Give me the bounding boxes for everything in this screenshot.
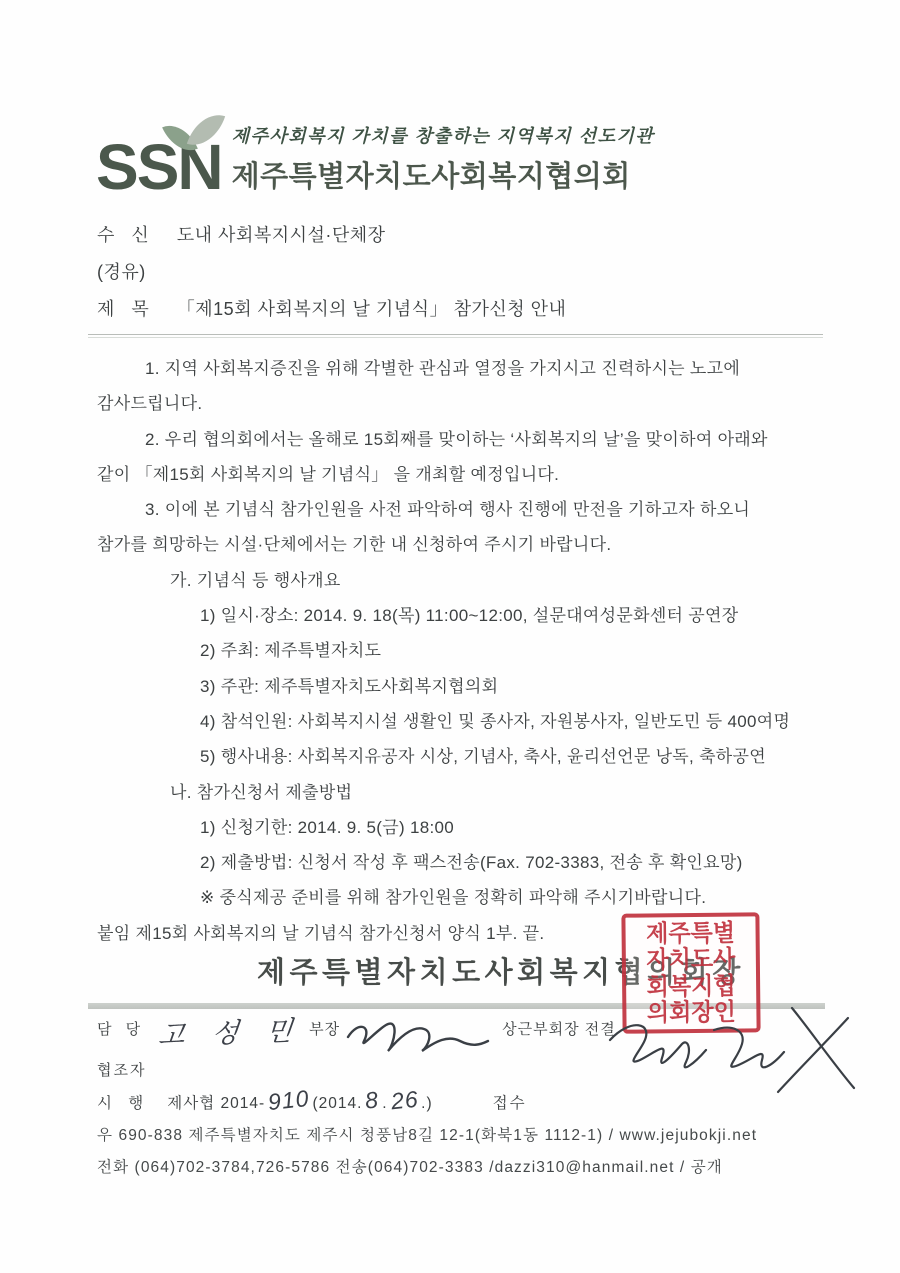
via-label: (경유) — [97, 254, 146, 291]
body-line: ※ 중식제공 준비를 위해 참가인원을 정확히 파악해 주시기바랍니다. — [97, 880, 818, 915]
final-approver-signature — [596, 1000, 876, 1095]
dispatch-date-sep: . — [382, 1095, 387, 1113]
via-row: (경유) — [97, 254, 818, 291]
org-identity: 제주사회복지 가치를 창출하는 지역복지 선도기관 제주특별자치도사회복지협의회 — [232, 122, 655, 197]
letterhead: SSN 제주사회복지 가치를 창출하는 지역복지 선도기관 제주특별자치도사회복… — [0, 122, 900, 197]
header-divider — [88, 334, 823, 338]
manager-label: 부장 — [309, 1015, 340, 1045]
staff-handwritten-name: 고 성 민 — [157, 1008, 312, 1052]
body-line: 2. 우리 협의회에서는 올해로 15회째를 맞이하는 ‘사회복지의 날’을 맞… — [97, 422, 818, 457]
body-line: 가. 기념식 등 행사개요 — [97, 563, 818, 598]
dispatch-label: 시 행 — [97, 1091, 149, 1113]
subject-value: 「제15회 사회복지의 날 기념식」 참가신청 안내 — [177, 291, 567, 328]
document-body: 1. 지역 사회복지증진을 위해 각별한 관심과 열정을 가지시고 진력하시는 … — [97, 351, 818, 951]
org-name: 제주특별자치도사회복지협의회 — [232, 154, 655, 195]
body-line: 3) 주관: 제주특별자치도사회복지협의회 — [97, 669, 818, 704]
manager-signature — [342, 1011, 492, 1061]
subject-label: 제 목 — [97, 291, 155, 328]
address-line: 우 690-838 제주특별자치도 제주시 청풍남8길 12-1(화북1동 11… — [97, 1123, 818, 1149]
doc-number-handwritten: 910 — [267, 1085, 311, 1116]
body-line: 참가를 희망하는 시설·단체에서는 기한 내 신청하여 주시기 바랍니다. — [97, 527, 818, 562]
ssn-logo: SSN — [96, 139, 222, 197]
recipient-value: 도내 사회복지시설·단체장 — [177, 217, 386, 254]
doc-number-printed: 제사협 2014- — [167, 1091, 265, 1113]
contact-line: 전화 (064)702-3784,726-5786 전송(064)702-338… — [97, 1155, 818, 1181]
body-line: 5) 행사내용: 사회복지유공자 시상, 기념사, 축사, 윤리선언문 낭독, … — [97, 739, 818, 774]
recipient-row: 수 신 도내 사회복지시설·단체장 — [97, 217, 818, 254]
subject-row: 제 목 「제15회 사회복지의 날 기념식」 참가신청 안내 — [97, 291, 818, 328]
dispatch-date-close: .) — [421, 1095, 432, 1113]
body-line: 1) 일시·장소: 2014. 9. 18(목) 11:00~12:00, 설문… — [97, 598, 818, 633]
body-line: 1. 지역 사회복지증진을 위해 각별한 관심과 열정을 가지시고 진력하시는 … — [97, 351, 818, 386]
seal-row: 자치도사 — [628, 947, 754, 972]
seal-row: 회복지협 — [628, 974, 754, 999]
body-line: 1) 신청기한: 2014. 9. 5(금) 18:00 — [97, 810, 818, 845]
body-line: 4) 참석인원: 사회복지시설 생활인 및 종사자, 자원봉사자, 일반도민 등… — [97, 704, 818, 739]
body-line: 2) 제출방법: 신청서 작성 후 팩스전송(Fax. 702-3383, 전송… — [97, 845, 818, 880]
scanned-official-document: SSN 제주사회복지 가치를 창출하는 지역복지 선도기관 제주특별자치도사회복… — [0, 0, 900, 1273]
org-slogan: 제주사회복지 가치를 창출하는 지역복지 선도기관 — [232, 122, 655, 148]
dispatch-date-open: (2014. — [313, 1095, 363, 1113]
body-line: 같이 「제15회 사회복지의 날 기념식」 을 개최할 예정입니다. — [97, 457, 818, 492]
staff-label: 담 당 — [97, 1015, 145, 1045]
dispatch-month-handwritten: 8 — [364, 1086, 381, 1114]
receipt-label: 접수 — [493, 1091, 527, 1113]
body-line: 감사드립니다. — [97, 386, 818, 421]
body-line: 2) 주최: 제주특별자치도 — [97, 633, 818, 668]
dispatch-day-handwritten: 26 — [389, 1086, 419, 1116]
document-header: 수 신 도내 사회복지시설·단체장 (경유) 제 목 「제15회 사회복지의 날… — [97, 217, 818, 338]
cooperator-label: 협조자 — [97, 1062, 146, 1079]
leaf-icon — [166, 111, 226, 155]
body-line: 3. 이에 본 기념식 참가인원을 사전 파악하여 행사 진행에 만전을 기하고… — [97, 492, 818, 527]
body-line: 나. 참가신청서 제출방법 — [97, 775, 818, 810]
seal-row: 제주특별 — [627, 921, 753, 946]
recipient-label: 수 신 — [97, 217, 155, 254]
